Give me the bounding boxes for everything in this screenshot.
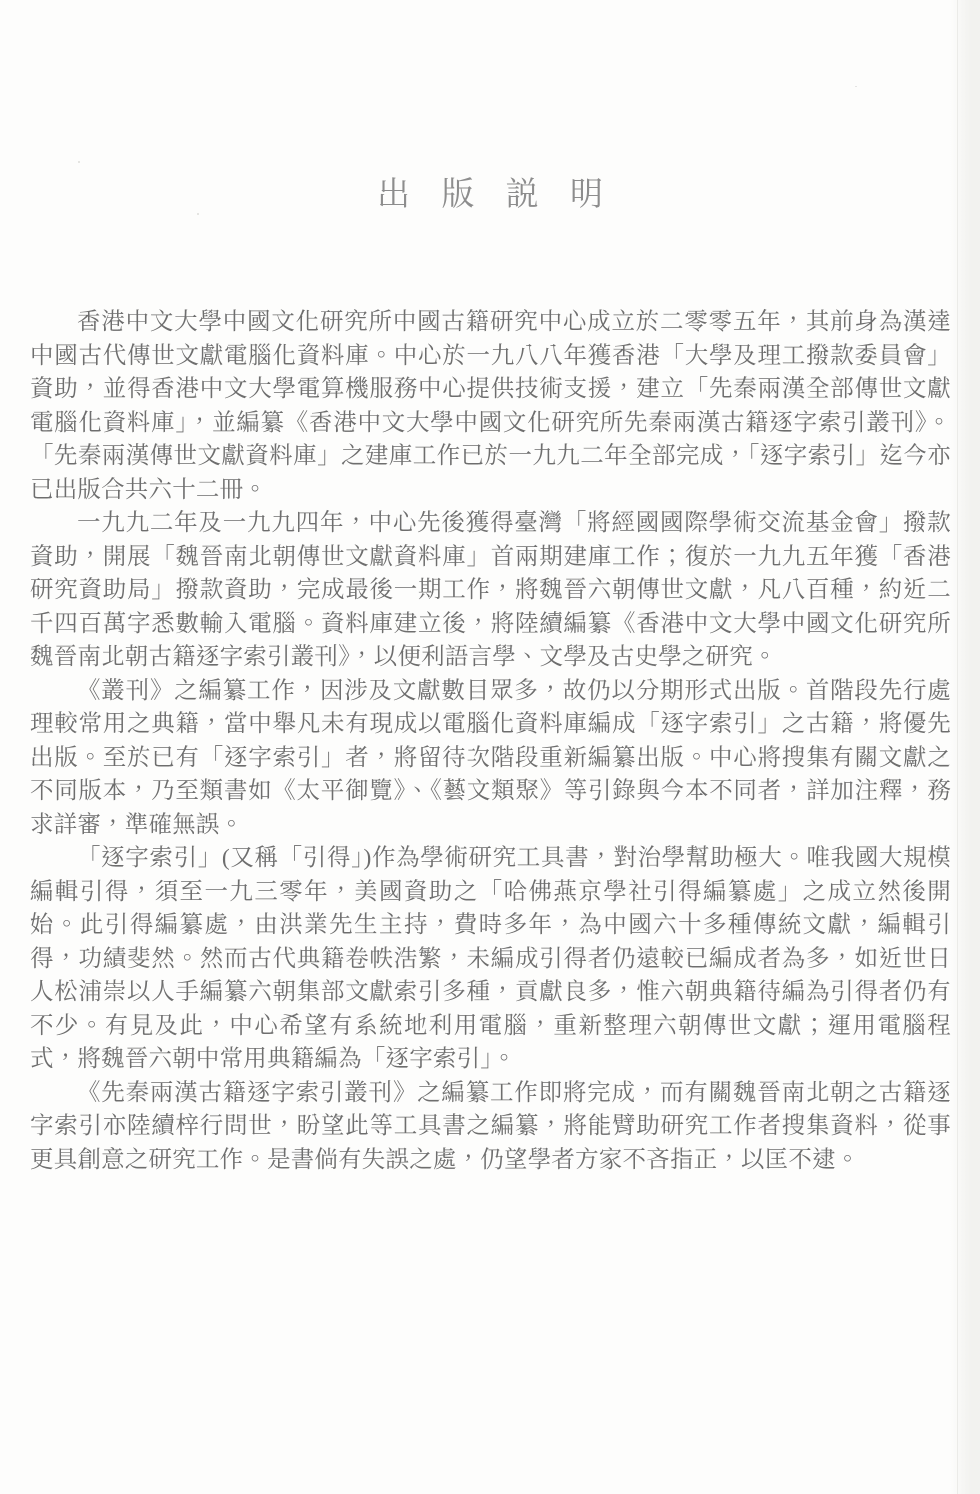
page-title: 出版説明 [0, 168, 980, 215]
document-body: 香港中文大學中國文化研究所中國古籍研究中心成立於二零零五年，其前身為漢達中國古代… [30, 306, 951, 1177]
scanned-page: 出版説明 香港中文大學中國文化研究所中國古籍研究中心成立於二零零五年，其前身為漢… [0, 0, 980, 1494]
paragraph: 「逐字索引」(又稱「引得」)作為學術研究工具書，對治學幫助極大。唯我國大規模編輯… [30, 842, 951, 1077]
scan-speck [855, 86, 857, 87]
page-edge-shadow [950, 0, 980, 1494]
paragraph: 《先秦兩漢古籍逐字索引叢刊》之編纂工作即將完成，而有關魏晉南北朝之古籍逐字索引亦… [30, 1077, 951, 1178]
paragraph: 香港中文大學中國文化研究所中國古籍研究中心成立於二零零五年，其前身為漢達中國古代… [30, 306, 951, 507]
paragraph: 一九九二年及一九九四年，中心先後獲得臺灣「將經國國際學術交流基金會」撥款資助，開… [30, 507, 951, 675]
scan-speck [78, 161, 80, 163]
paragraph: 《叢刊》之編纂工作，因涉及文獻數目眾多，故仍以分期形式出版。首階段先行處理較常用… [30, 675, 951, 843]
page-edge-line [957, 0, 958, 1494]
